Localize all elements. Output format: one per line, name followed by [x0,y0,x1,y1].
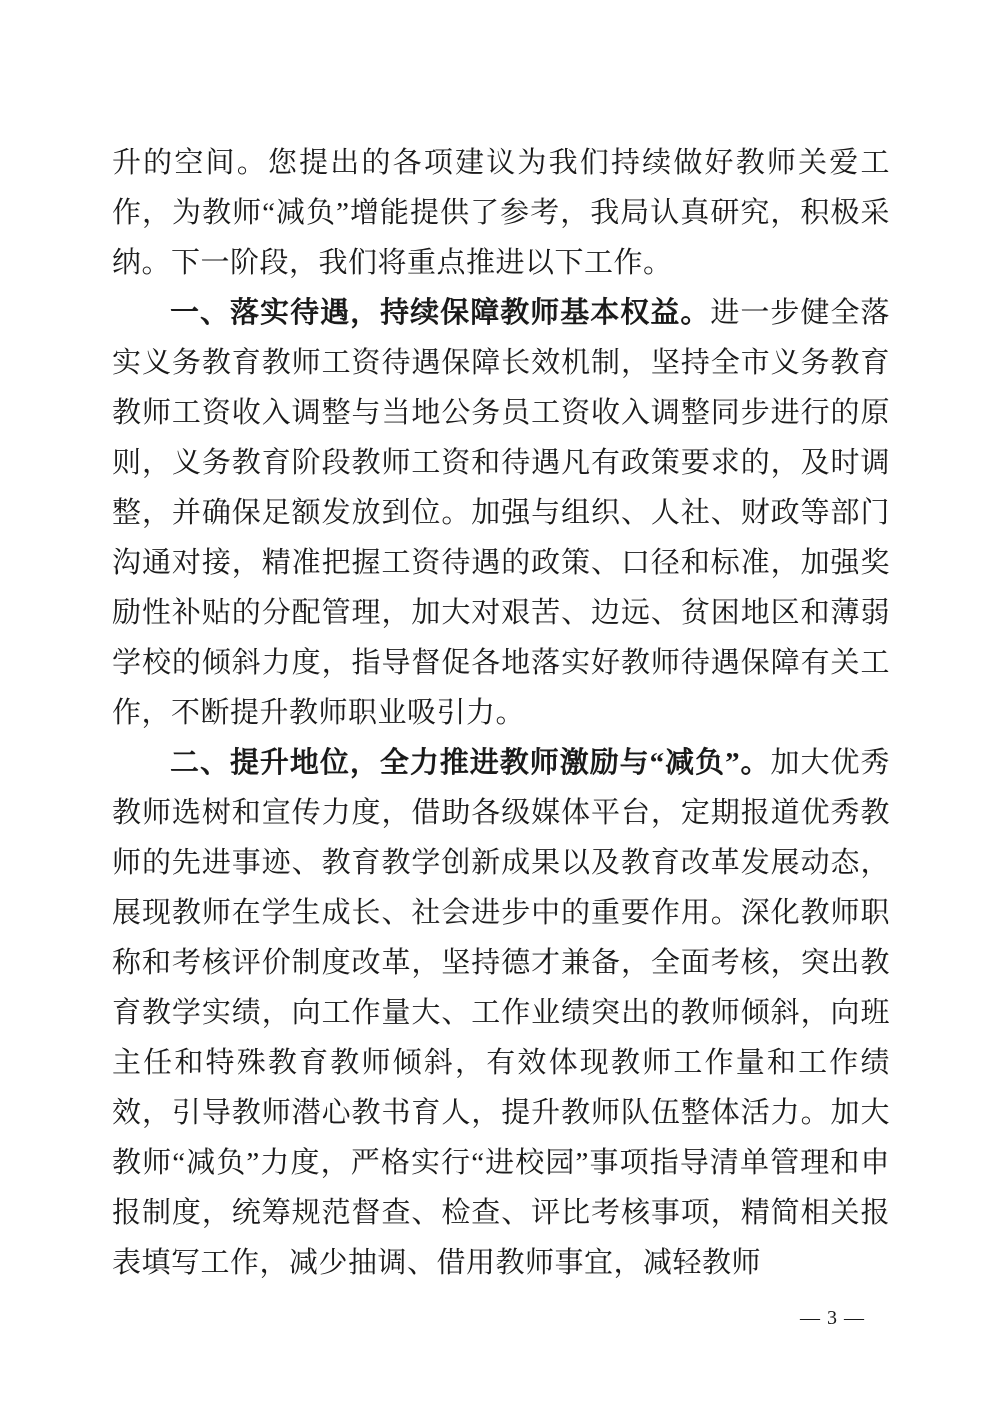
section-1-heading: 一、落实待遇，持续保障教师基本权益。 [170,297,710,329]
paragraph-text: 升的空间。您提出的各项建议为我们持续做好教师关爱工作，为教师“减负”增能提供了参… [112,147,890,279]
document-body: 升的空间。您提出的各项建议为我们持续做好教师关爱工作，为教师“减负”增能提供了参… [112,138,890,1288]
paragraph-continuation: 升的空间。您提出的各项建议为我们持续做好教师关爱工作，为教师“减负”增能提供了参… [112,138,890,288]
section-2-heading: 二、提升地位，全力推进教师激励与“减负”。 [170,747,771,779]
paragraph-text: 进一步健全落实义务教育教师工资待遇保障长效机制，坚持全市义务教育教师工资收入调整… [112,297,890,729]
document-page: 升的空间。您提出的各项建议为我们持续做好教师关爱工作，为教师“减负”增能提供了参… [0,0,1000,1414]
paragraph-text: 加大优秀教师选树和宣传力度，借助各级媒体平台，定期报道优秀教师的先进事迹、教育教… [112,747,890,1279]
page-number: — 3 — [800,1306,865,1330]
paragraph-section-1: 一、落实待遇，持续保障教师基本权益。进一步健全落实义务教育教师工资待遇保障长效机… [112,288,890,738]
paragraph-section-2: 二、提升地位，全力推进教师激励与“减负”。加大优秀教师选树和宣传力度，借助各级媒… [112,738,890,1288]
